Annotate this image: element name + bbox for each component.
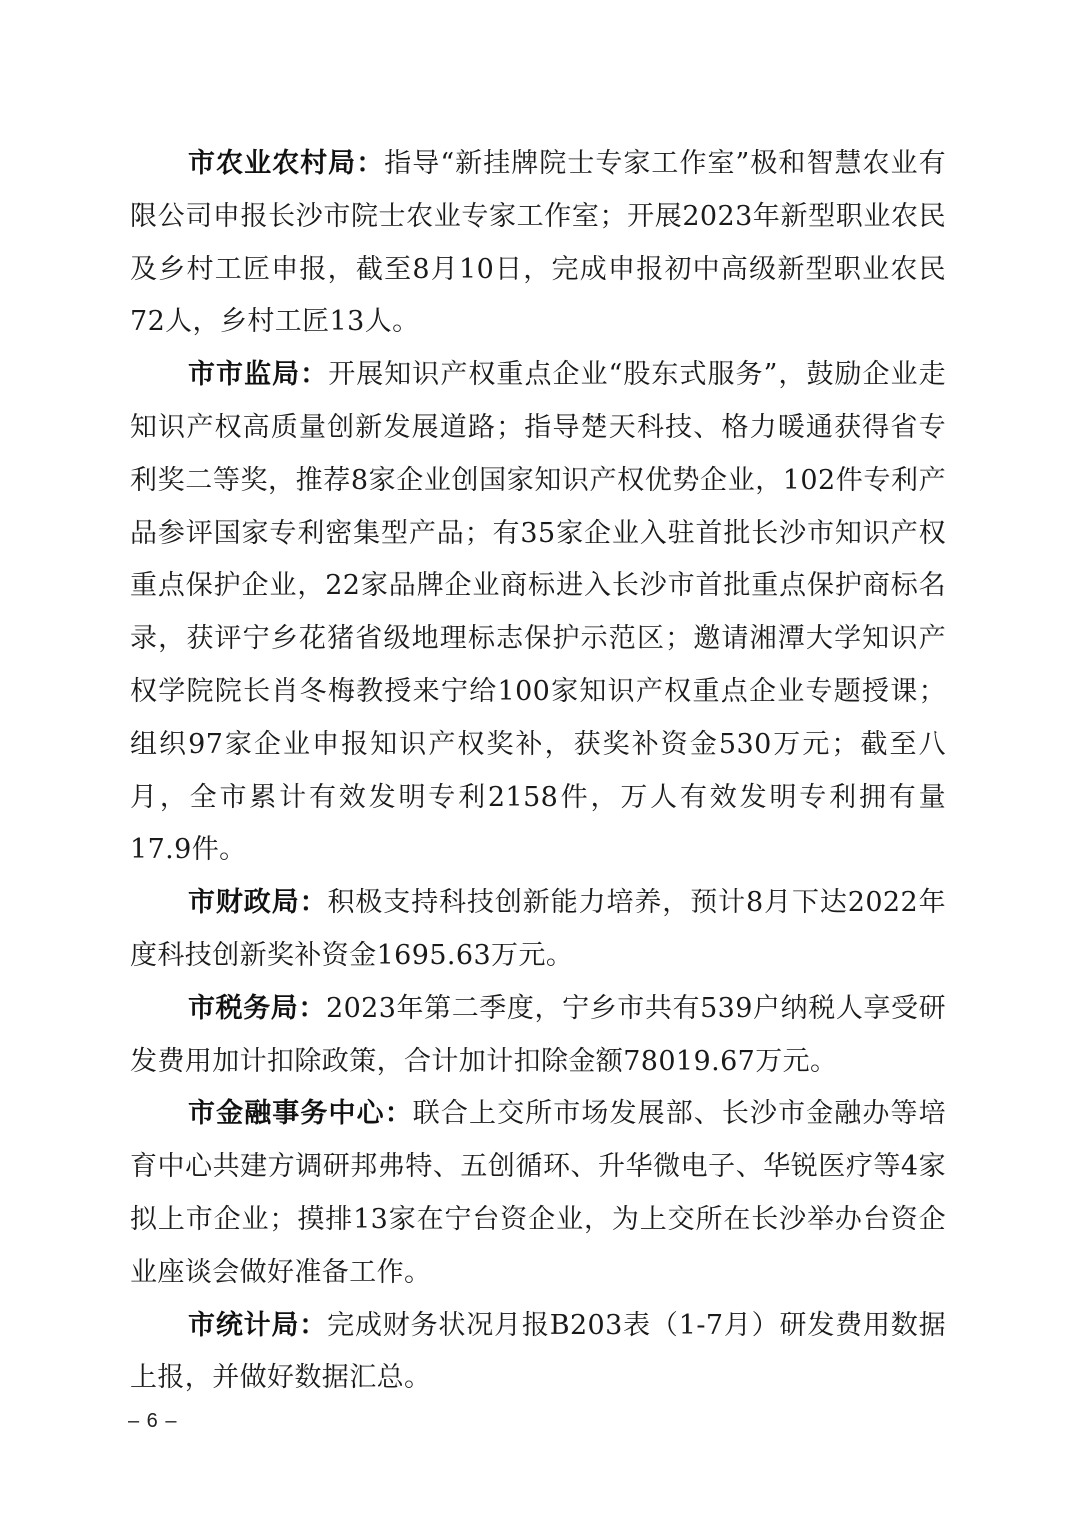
paragraph-body: 开展知识产权重点企业“股东式服务”，鼓励企业走知识产权高质量创新发展道路；指导楚… <box>130 359 946 865</box>
paragraph-lead: 市财政局： <box>188 887 328 918</box>
paragraph-tax-bureau: 市税务局：2023年第二季度，宁乡市共有539户纳税人享受研发费用加计扣除政策，… <box>130 983 946 1089</box>
paragraph-agriculture-bureau: 市农业农村局：指导“新挂牌院士专家工作室”极和智慧农业有限公司申报长沙市院士农业… <box>130 138 946 349</box>
paragraph-financial-affairs-center: 市金融事务中心：联合上交所市场发展部、长沙市金融办等培育中心共建方调研邦弗特、五… <box>130 1088 946 1299</box>
paragraph-lead: 市农业农村局： <box>188 148 384 179</box>
paragraph-finance-bureau: 市财政局：积极支持科技创新能力培养，预计8月下达2022年度科技创新奖补资金16… <box>130 877 946 983</box>
paragraph-lead: 市税务局： <box>188 993 326 1024</box>
paragraph-statistics-bureau: 市统计局：完成财务状况月报B203表（1-7月）研发费用数据上报，并做好数据汇总… <box>130 1300 946 1406</box>
page-number: – 6 – <box>128 1410 177 1433</box>
paragraph-lead: 市统计局： <box>188 1310 327 1341</box>
paragraph-market-supervision-bureau: 市市监局：开展知识产权重点企业“股东式服务”，鼓励企业走知识产权高质量创新发展道… <box>130 349 946 877</box>
document-page: 市农业农村局：指导“新挂牌院士专家工作室”极和智慧农业有限公司申报长沙市院士农业… <box>130 138 946 1405</box>
paragraph-lead: 市市监局： <box>188 359 328 390</box>
paragraph-lead: 市金融事务中心： <box>188 1098 413 1129</box>
